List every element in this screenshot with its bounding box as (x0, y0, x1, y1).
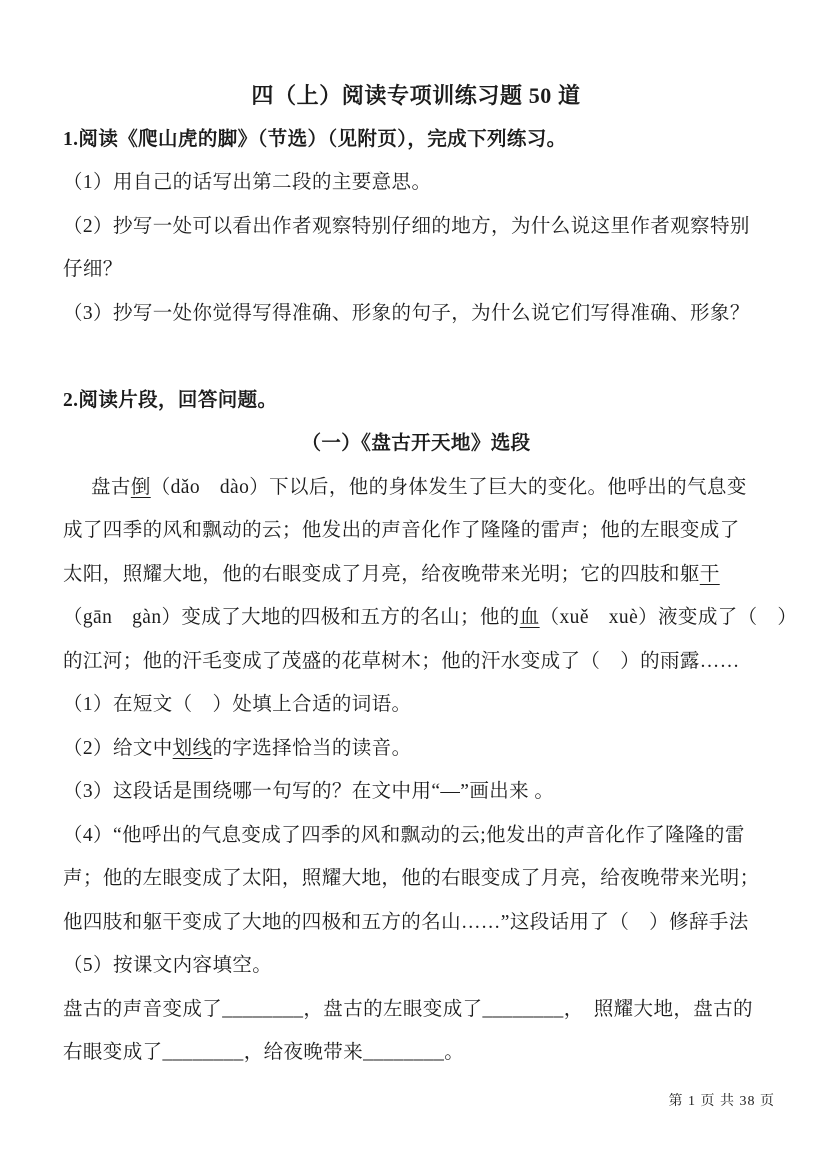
passage-text: （xuě xuè）液变成了（ ） (540, 607, 798, 628)
question-text: （2）给文中 (63, 738, 173, 759)
passage-text: （gān gàn）变成了大地的四极和五方的名山；他的 (63, 607, 520, 628)
section1-heading: 1.阅读《爬山虎的脚》（节选）（见附页），完成下列练习。 (63, 118, 769, 162)
section2-question-3: （3）这段话是围绕哪一句写的？在文中用“—”画出来 。 (63, 770, 769, 814)
section1-question-2-line2: 仔细？ (63, 248, 769, 292)
fill-blank-line-2: 右眼变成了________，给夜晚带来________。 (63, 1031, 769, 1075)
passage-line-2: 成了四季的风和飘动的云；他发出的声音化作了隆隆的雷声；他的左眼变成了 (63, 509, 769, 553)
section2-question-4-line1: （4）“他呼出的气息变成了四季的风和飘动的云;他发出的声音化作了隆隆的雷 (63, 814, 769, 858)
footer-page-number: 第 1 页 共 38 页 (669, 1092, 776, 1112)
underlined-char: 倒 (131, 477, 151, 498)
section2-question-2: （2）给文中划线的字选择恰当的读音。 (63, 727, 769, 771)
passage-text: 盘古 (91, 477, 131, 498)
page-content: 四（上）阅读专项训练习题 50 道 1.阅读《爬山虎的脚》（节选）（见附页），完… (63, 74, 769, 1075)
page-title: 四（上）阅读专项训练习题 50 道 (63, 74, 769, 118)
passage-line-4: （gān gàn）变成了大地的四极和五方的名山；他的血（xuě xuè）液变成了… (63, 596, 769, 640)
section1-question-2-line1: （2）抄写一处可以看出作者观察特别仔细的地方，为什么说这里作者观察特别 (63, 205, 769, 249)
section2-question-1: （1）在短文（ ）处填上合适的词语。 (63, 683, 769, 727)
underlined-word: 划线 (173, 738, 213, 759)
section1-question-1: （1）用自己的话写出第二段的主要意思。 (63, 161, 769, 205)
passage-line-1: 盘古倒（dǎo dào）下以后，他的身体发生了巨大的变化。他呼出的气息变 (63, 466, 769, 510)
section2-question-4-line2: 声；他的左眼变成了太阳，照耀大地，他的右眼变成了月亮，给夜晚带来光明； (63, 857, 769, 901)
underlined-char: 干 (700, 564, 720, 585)
section2-heading: 2.阅读片段，回答问题。 (63, 379, 769, 423)
fill-blank-line-1: 盘古的声音变成了________，盘古的左眼变成了________， 照耀大地，… (63, 988, 769, 1032)
question-text: 的字选择恰当的读音。 (212, 738, 411, 759)
underlined-char: 血 (520, 607, 540, 628)
section1-question-3: （3）抄写一处你觉得写得准确、形象的句子，为什么说它们写得准确、形象？ (63, 292, 769, 336)
passage-text: 太阳，照耀大地，他的右眼变成了月亮，给夜晚带来光明；它的四肢和躯 (63, 564, 700, 585)
section2-question-4-line3: 他四肢和躯干变成了大地的四极和五方的名山……”这段话用了（ ）修辞手法 (63, 901, 769, 945)
passage-text: （dǎo dào）下以后，他的身体发生了巨大的变化。他呼出的气息变 (151, 477, 747, 498)
passage-title: （一）《盘古开天地》选段 (63, 422, 769, 466)
worksheet-page: 四（上）阅读专项训练习题 50 道 1.阅读《爬山虎的脚》（节选）（见附页），完… (0, 0, 827, 1169)
passage-line-5: 的江河；他的汗毛变成了茂盛的花草树木；他的汗水变成了（ ）的雨露…… (63, 640, 769, 684)
section2-question-5: （5）按课文内容填空。 (63, 944, 769, 988)
passage-line-3: 太阳，照耀大地，他的右眼变成了月亮，给夜晚带来光明；它的四肢和躯干 (63, 553, 769, 597)
blank-line (63, 335, 769, 379)
